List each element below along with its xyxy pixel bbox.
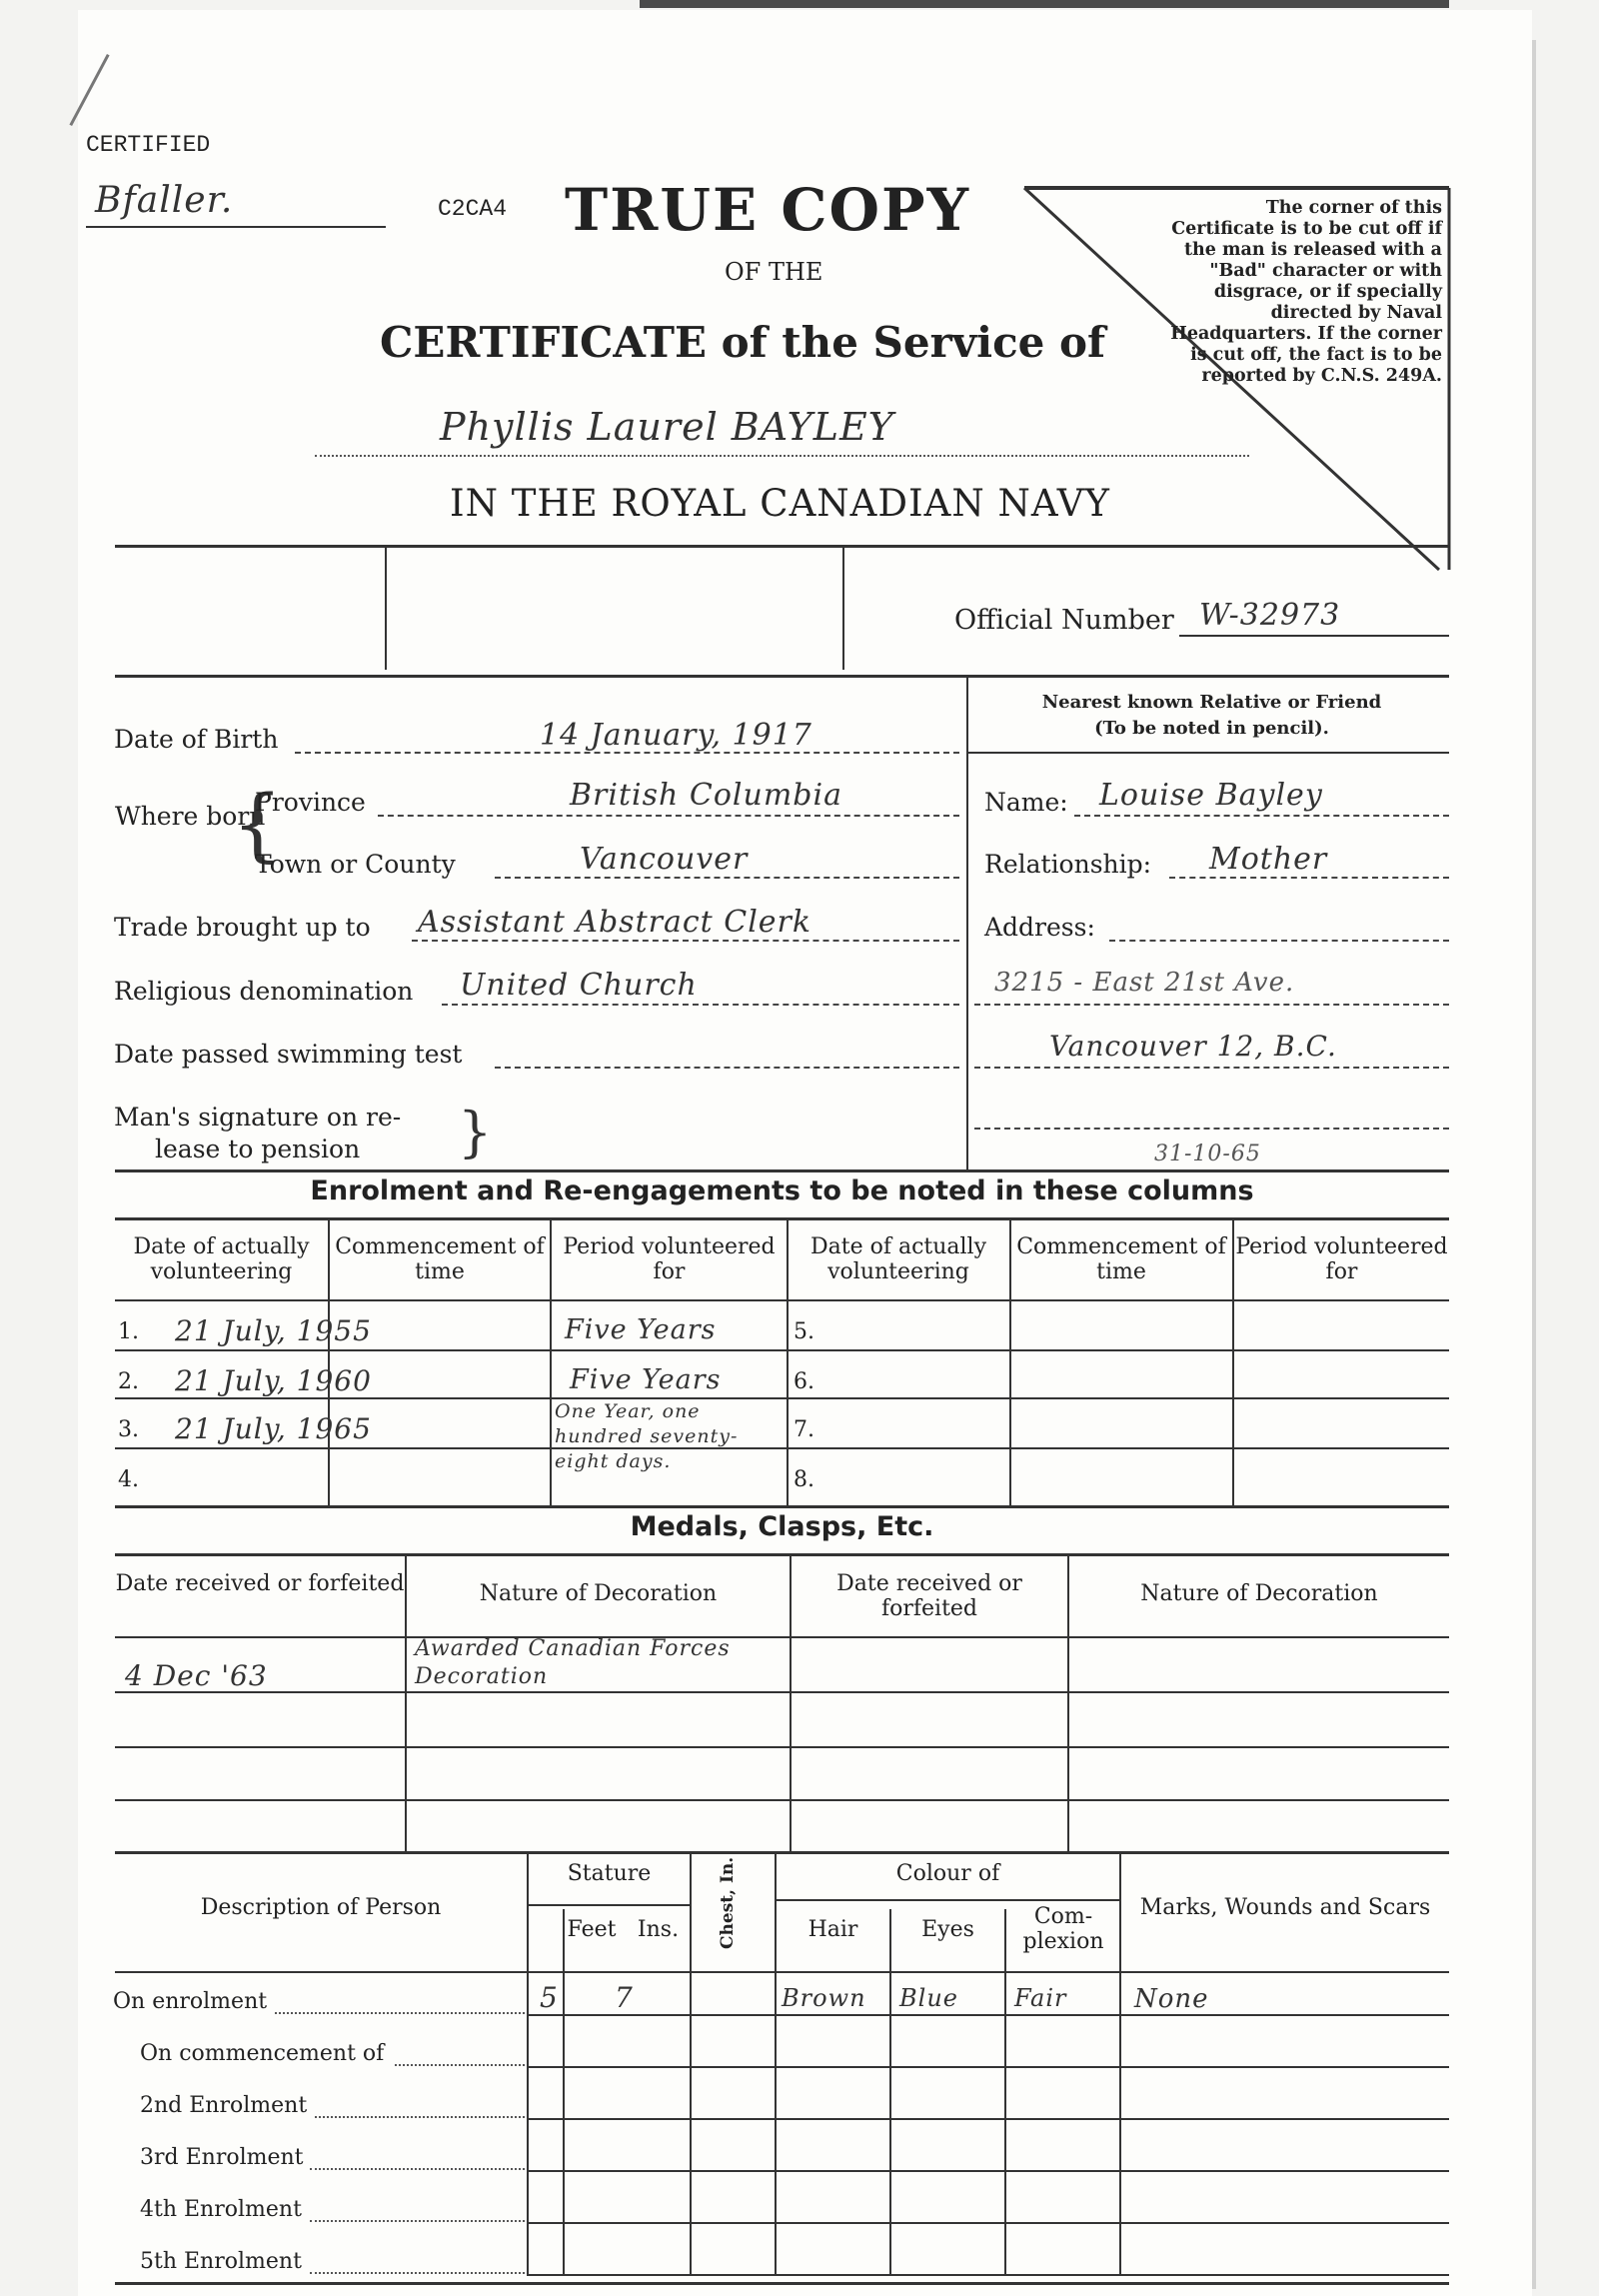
rule: [115, 1971, 1449, 1973]
rule: [115, 1553, 1449, 1556]
official-number-label: Official Number: [954, 605, 1174, 636]
relationship-line: [1169, 877, 1449, 879]
rule: [115, 1746, 1449, 1748]
signature-label-2: lease to pension: [155, 1135, 360, 1163]
town-line: [495, 877, 959, 879]
col-period-2: Period volunteered for: [1234, 1234, 1449, 1284]
row-num: 7.: [794, 1417, 814, 1442]
rule: [527, 2274, 1449, 2276]
col-date-volunteering-2: Date of actually volunteering: [790, 1234, 1007, 1284]
relative-name-label: Name:: [984, 788, 1068, 817]
col-period: Period volunteered for: [552, 1234, 787, 1284]
enrolment-section-title: Enrolment and Re-engagements to be noted…: [115, 1175, 1449, 1206]
rule: [527, 2118, 1449, 2120]
rule: [328, 1217, 330, 1507]
rule: [115, 1349, 1449, 1351]
rule: [115, 2282, 1449, 2285]
rule: [115, 1851, 1449, 1854]
ins-heading: Ins.: [627, 1917, 690, 1942]
rule: [385, 545, 387, 670]
title-of-the: OF THE: [725, 258, 822, 286]
address-line-1: 3215 - East 21st Ave.: [994, 968, 1294, 998]
desc-row-label: 4th Enrolment: [140, 2197, 302, 2222]
medals-section-title: Medals, Clasps, Etc.: [115, 1511, 1449, 1542]
col-medal-date: Date received or forfeited: [115, 1571, 405, 1596]
religion-line: [442, 1004, 959, 1006]
person-name: Phyllis Laurel BAYLEY: [440, 405, 894, 449]
rule: [527, 2222, 1449, 2224]
row-num: 1.: [118, 1319, 139, 1344]
province-line: [378, 815, 959, 817]
enrol-date: 21 July, 1960: [175, 1364, 372, 1397]
hair-value: Brown: [782, 1984, 866, 2012]
official-number-value: W-32973: [1199, 598, 1340, 633]
rule: [966, 752, 1449, 754]
scan-edge: [640, 0, 1449, 8]
rule: [527, 2014, 1449, 2016]
rule: [529, 1904, 690, 1906]
hair-heading: Hair: [777, 1917, 889, 1942]
rule: [115, 1505, 1449, 1508]
address-line-2: Vancouver 12, B.C.: [1049, 1030, 1337, 1063]
rule: [690, 1851, 692, 2276]
navy-heading: IN THE ROYAL CANADIAN NAVY: [450, 482, 1110, 525]
desc-row-label: 2nd Enrolment: [140, 2093, 307, 2118]
enrol-date: 21 July, 1955: [175, 1314, 372, 1347]
rule: [889, 1909, 891, 2276]
address-line-2-rule: [974, 1067, 1449, 1069]
eyes-value: Blue: [899, 1984, 958, 2012]
dots: [395, 2064, 525, 2066]
col-date-volunteering: Date of actually volunteering: [115, 1234, 328, 1284]
enrol-period: One Year, one hundred seventy-eight days…: [555, 1399, 785, 1474]
religion-label: Religious denomination: [114, 977, 413, 1006]
rule: [777, 1899, 1119, 1901]
rule: [550, 1217, 552, 1507]
province-value: British Columbia: [570, 778, 842, 813]
relative-heading-2: (To be noted in pencil).: [974, 716, 1449, 742]
swim-label: Date passed swimming test: [114, 1040, 462, 1069]
trade-value: Assistant Abstract Clerk: [418, 905, 811, 940]
date-note: 31-10-65: [1154, 1142, 1261, 1166]
rule: [966, 675, 968, 1172]
desc-row-label: 5th Enrolment: [140, 2249, 302, 2274]
col-commencement-2: Commencement of time: [1011, 1234, 1231, 1284]
certifier-signature: Bfaller.: [95, 180, 233, 221]
rule: [115, 1169, 1449, 1172]
dots: [310, 2168, 525, 2170]
address-line-1-rule: [974, 1004, 1449, 1006]
brace-right: }: [458, 1103, 492, 1162]
rule: [1004, 1909, 1006, 2276]
address-label: Address:: [984, 913, 1095, 942]
rule: [787, 1217, 789, 1507]
rule: [842, 545, 844, 670]
official-number-line: [1179, 635, 1449, 637]
rule: [527, 1851, 529, 2276]
row-num: 2.: [118, 1369, 139, 1394]
rule: [1232, 1217, 1234, 1507]
scan-edge-right: [1532, 40, 1536, 2289]
title-true-copy: TRUE COPY: [565, 176, 970, 244]
rule: [115, 1217, 1449, 1220]
trade-label: Trade brought up to: [114, 913, 371, 942]
enrol-date: 21 July, 1965: [175, 1412, 372, 1445]
province-label: Province: [255, 788, 366, 817]
relationship-label: Relationship:: [984, 850, 1151, 879]
desc-row-label: 3rd Enrolment: [140, 2145, 304, 2170]
rule: [115, 545, 1449, 548]
row-num: 8.: [794, 1467, 814, 1492]
marks-heading: Marks, Wounds and Scars: [1121, 1895, 1449, 1920]
signature-label-1: Man's signature on re-: [114, 1103, 401, 1132]
description-heading: Description of Person: [115, 1895, 527, 1920]
address-line-3-rule: [974, 1128, 1449, 1130]
town-label: Town or County: [255, 850, 456, 879]
rule: [527, 2170, 1449, 2172]
title-certificate: CERTIFICATE of the Service of: [380, 318, 1105, 367]
desc-row-label: On commencement of: [140, 2041, 384, 2066]
swim-line: [495, 1067, 959, 1069]
colour-heading: Colour of: [777, 1861, 1119, 1886]
relative-heading-1: Nearest known Relative or Friend: [974, 690, 1449, 716]
relative-heading: Nearest known Relative or Friend (To be …: [974, 690, 1449, 742]
rule: [115, 1799, 1449, 1801]
rule: [775, 1851, 777, 2276]
medal-date: 4 Dec '63: [125, 1659, 268, 1692]
row-num: 4.: [118, 1467, 139, 1492]
rule: [115, 1691, 1449, 1693]
complexion-heading: Com- plexion: [1009, 1904, 1117, 1954]
feet-value: 5: [540, 1981, 559, 2014]
dots: [315, 2116, 525, 2118]
enrol-period: Five Years: [570, 1364, 722, 1395]
trade-line: [412, 940, 959, 942]
row-num: 6.: [794, 1369, 814, 1394]
rule: [1009, 1217, 1011, 1507]
address-line: [1109, 940, 1449, 942]
relative-name-value: Louise Bayley: [1099, 778, 1323, 813]
rule: [115, 675, 1449, 678]
eyes-heading: Eyes: [891, 1917, 1004, 1942]
ins-value: 7: [615, 1981, 634, 2014]
col-medal-date-2: Date received or forfeited: [792, 1571, 1067, 1621]
enrol-period: Five Years: [565, 1314, 717, 1345]
col-medal-nature-2: Nature of Decoration: [1069, 1581, 1449, 1606]
religion-value: United Church: [460, 968, 698, 1003]
stature-heading: Stature: [529, 1861, 690, 1886]
dob-label: Date of Birth: [114, 725, 278, 754]
row-num: 5.: [794, 1319, 814, 1344]
rule: [563, 1909, 565, 2276]
desc-row-label: On enrolment: [113, 1989, 267, 2014]
dots: [310, 2220, 525, 2222]
corner-notice: The corner of this Certificate is to be …: [1159, 198, 1442, 387]
certified-label: CERTIFIED: [86, 132, 210, 158]
form-code: C2CA4: [438, 196, 507, 222]
relationship-value: Mother: [1209, 842, 1327, 877]
town-value: Vancouver: [580, 842, 748, 877]
signature-line: [86, 226, 386, 228]
complexion-value: Fair: [1014, 1984, 1066, 2012]
relative-name-line: [1074, 815, 1449, 817]
col-medal-nature: Nature of Decoration: [407, 1581, 790, 1606]
dots: [275, 2012, 525, 2014]
dob-value: 14 January, 1917: [540, 718, 812, 753]
dots: [310, 2272, 525, 2274]
col-commencement: Commencement of time: [330, 1234, 550, 1284]
chest-heading: Chest, In.: [718, 1857, 738, 1949]
rule: [115, 1299, 1449, 1301]
medal-nature: Awarded Canadian Forces Decoration: [415, 1635, 785, 1691]
rule: [527, 2066, 1449, 2068]
row-num: 3.: [118, 1417, 139, 1442]
marks-value: None: [1134, 1984, 1209, 2014]
